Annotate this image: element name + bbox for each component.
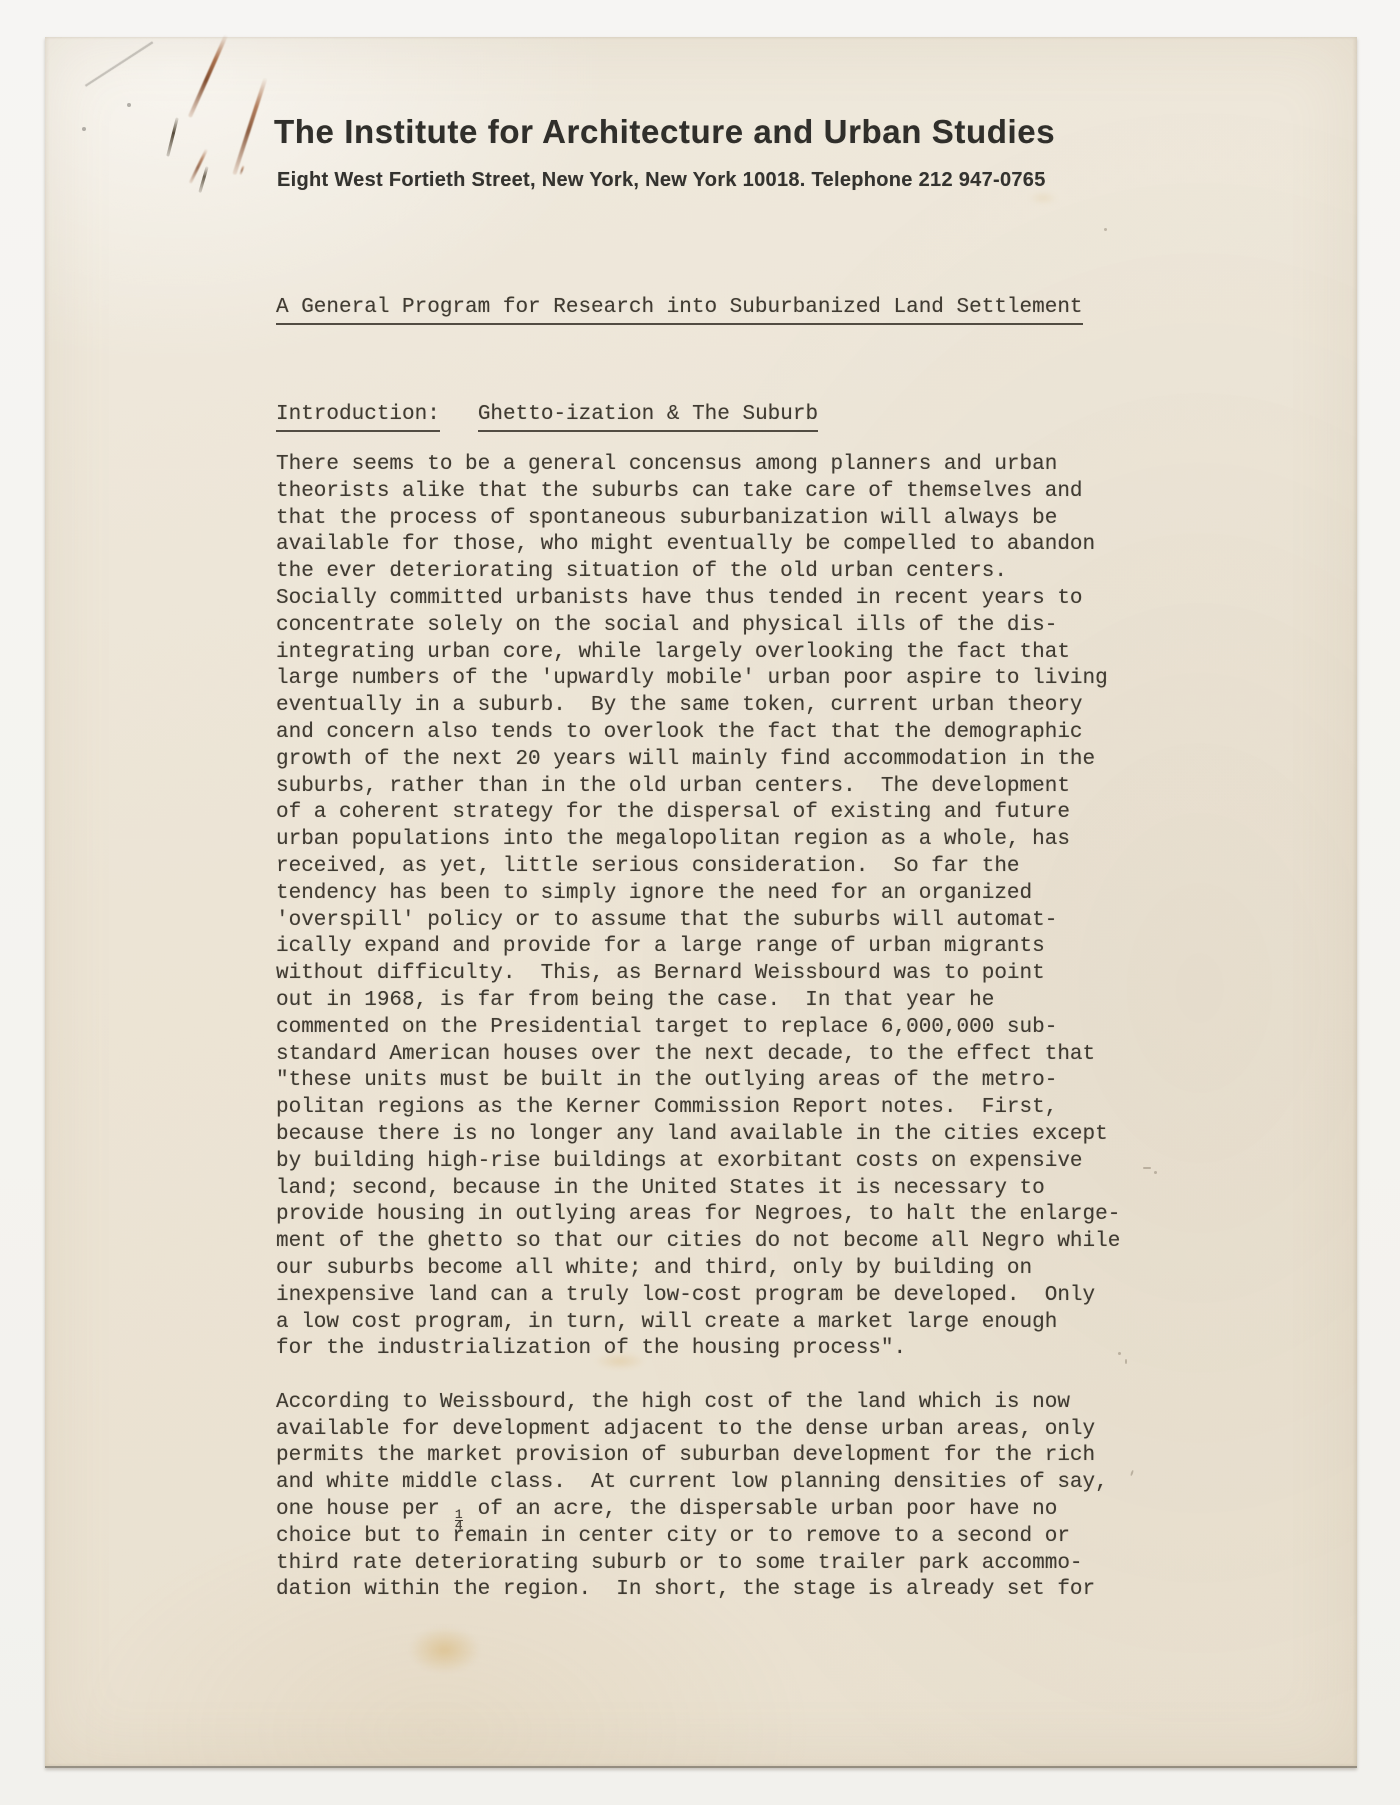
rust-stain [232, 77, 267, 175]
body-line: Socially committed urbanists have thus t… [276, 586, 1120, 613]
body-line: growth of the next 20 years will mainly … [276, 747, 1120, 774]
document-body: There seems to be a general concensus am… [276, 452, 1120, 1631]
body-line: ically expand and provide for a large ra… [276, 934, 1120, 961]
body-line: for the industrialization of the housing… [276, 1336, 1120, 1363]
body-line: available for development adjacent to th… [276, 1417, 1120, 1444]
body-line: theorists alike that the suburbs can tak… [276, 479, 1120, 506]
body-line: politan regions as the Kerner Commission… [276, 1095, 1120, 1122]
body-line: eventually in a suburb. By the same toke… [276, 693, 1120, 720]
body-line: available for those, who might eventuall… [276, 532, 1120, 559]
body-line: urban populations into the megalopolitan… [276, 827, 1120, 854]
document-title: A General Program for Research into Subu… [276, 295, 1083, 325]
body-line: that the process of spontaneous suburban… [276, 506, 1120, 533]
body-line: commented on the Presidential target to … [276, 1015, 1120, 1042]
body-line: and white middle class. At current low p… [276, 1470, 1120, 1497]
body-line: 'overspill' policy or to assume that the… [276, 908, 1120, 935]
paper-speck [1104, 228, 1107, 231]
body-line: suburbs, rather than in the old urban ce… [276, 774, 1120, 801]
body-line: out in 1968, is far from being the case.… [276, 988, 1120, 1015]
section-heading-title: Ghetto-ization & The Suburb [478, 402, 818, 432]
body-line: and concern also tends to overlook the f… [276, 720, 1120, 747]
body-line: provide housing in outlying areas for Ne… [276, 1202, 1120, 1229]
body-line: because there is no longer any land avai… [276, 1122, 1120, 1149]
paper-speck [1154, 1171, 1157, 1174]
body-line: the ever deteriorating situation of the … [276, 559, 1120, 586]
body-line: ment of the ghetto so that our cities do… [276, 1229, 1120, 1256]
section-heading-label: Introduction: [276, 402, 440, 432]
body-line: There seems to be a general concensus am… [276, 452, 1120, 479]
body-line: tendency has been to simply ignore the n… [276, 881, 1120, 908]
body-line: concentrate solely on the social and phy… [276, 613, 1120, 640]
paragraph: According to Weissbourd, the high cost o… [276, 1390, 1120, 1604]
body-line: integrating urban core, while largely ov… [276, 640, 1120, 667]
pencil-mark [85, 41, 153, 86]
document-title-row: A General Program for Research into Subu… [276, 295, 1083, 325]
rust-stain [188, 34, 228, 118]
body-line: third rate deteriorating suburb or to so… [276, 1551, 1120, 1578]
pencil-mark [82, 127, 86, 131]
paragraph: There seems to be a general concensus am… [276, 452, 1120, 1363]
body-line: our suburbs become all white; and third,… [276, 1256, 1120, 1283]
section-heading: Introduction:Ghetto-ization & The Suburb [276, 402, 818, 432]
body-line: inexpensive land can a truly low-cost pr… [276, 1283, 1120, 1310]
body-line: "these units must be built in the outlyi… [276, 1068, 1120, 1095]
scan-background: The Institute for Architecture and Urban… [0, 0, 1400, 1805]
body-line: According to Weissbourd, the high cost o… [276, 1390, 1120, 1417]
body-line: without difficulty. This, as Bernard Wei… [276, 961, 1120, 988]
body-line: a low cost program, in turn, will create… [276, 1310, 1120, 1337]
pencil-mark [127, 103, 131, 107]
body-line: land; second, because in the United Stat… [276, 1176, 1120, 1203]
body-line: dation within the region. In short, the … [276, 1577, 1120, 1604]
org-name: The Institute for Architecture and Urban… [274, 113, 1055, 151]
paper-speck [1130, 1470, 1134, 1476]
org-address: Eight West Fortieth Street, New York, Ne… [277, 169, 1046, 192]
body-line: one house per 14 of an acre, the dispers… [276, 1497, 1120, 1524]
body-line: permits the market provision of suburban… [276, 1443, 1120, 1470]
body-line: large numbers of the 'upwardly mobile' u… [276, 666, 1120, 693]
body-line: standard American houses over the next d… [276, 1042, 1120, 1069]
rust-stain [189, 148, 208, 183]
ink-mark [198, 166, 208, 193]
body-line: choice but to remain in center city or t… [276, 1524, 1120, 1551]
rust-stain [239, 165, 244, 175]
paper-speck [1143, 1167, 1151, 1169]
ink-mark [166, 117, 179, 157]
document-page: The Institute for Architecture and Urban… [45, 37, 1357, 1768]
body-line: received, as yet, little serious conside… [276, 854, 1120, 881]
paper-speck [1125, 1359, 1127, 1364]
body-line: by building high-rise buildings at exorb… [276, 1149, 1120, 1176]
body-line: of a coherent strategy for the dispersal… [276, 800, 1120, 827]
